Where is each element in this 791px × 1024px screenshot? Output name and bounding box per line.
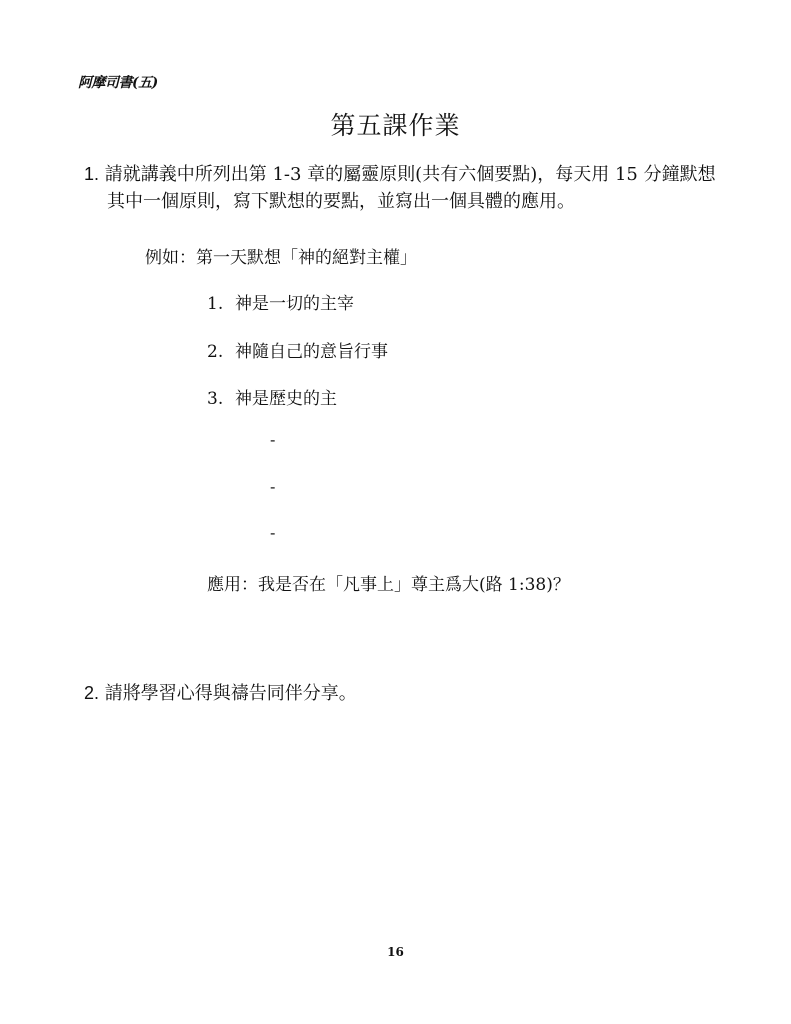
question-number: 1. <box>84 164 99 184</box>
example-application: 應用：我是否在「凡事上」尊主爲大(路 1:38)？ <box>207 570 570 595</box>
question-text: 請將學習心得與禱告同伴分享。 <box>105 683 357 704</box>
question-text-line-1: 請就講義中所列出第 1-3 章的屬靈原則(共有六個要點)，每天用 15 分鐘默想 <box>105 164 716 185</box>
point-number: 1. <box>207 294 235 314</box>
question-number: 2. <box>84 683 99 703</box>
point-number: 2. <box>207 342 235 362</box>
blank-dash: - <box>270 477 275 496</box>
example-point: 2.神隨自己的意旨行事 <box>207 337 388 362</box>
point-text: 神是一切的主宰 <box>235 294 354 314</box>
example-intro: 例如：第一天默想「神的絕對主權」 <box>145 243 417 268</box>
point-text: 神是歷史的主 <box>235 389 337 409</box>
page-title: 第五課作業 <box>0 106 791 142</box>
running-header: 阿摩司書(五) <box>78 72 158 92</box>
example-point: 1.神是一切的主宰 <box>207 289 354 314</box>
blank-dash: - <box>270 430 275 449</box>
blank-dash: - <box>270 523 275 542</box>
page-number: 16 <box>0 945 791 959</box>
question-1: 1. 請就講義中所列出第 1-3 章的屬靈原則(共有六個要點)，每天用 15 分… <box>84 160 716 186</box>
question-2: 2. 請將學習心得與禱告同伴分享。 <box>84 679 357 705</box>
example-point: 3.神是歷史的主 <box>207 384 337 409</box>
question-text-line-2: 其中一個原則，寫下默想的要點，並寫出一個具體的應用。 <box>107 187 575 213</box>
point-number: 3. <box>207 389 235 409</box>
point-text: 神隨自己的意旨行事 <box>235 342 388 362</box>
